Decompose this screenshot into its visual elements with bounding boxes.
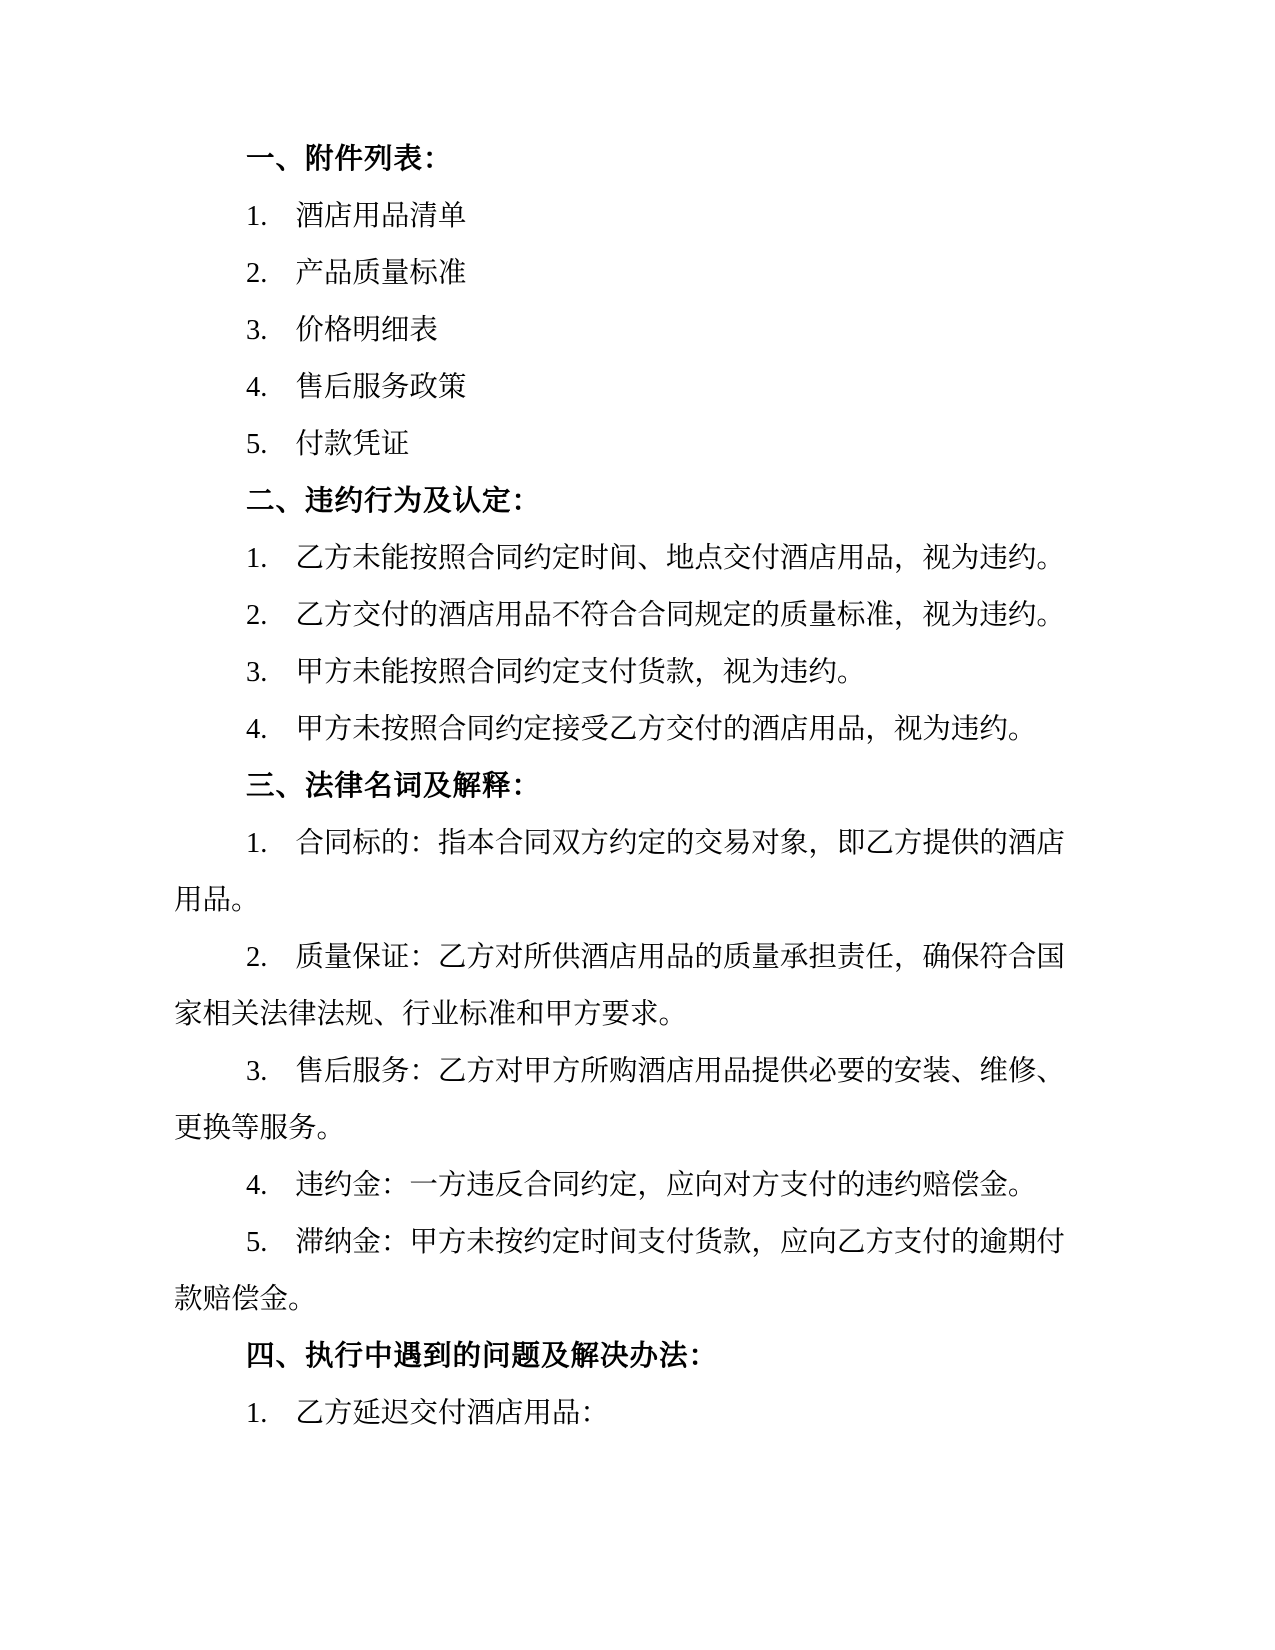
item-number: 1. xyxy=(246,543,267,574)
item-text: 合同标的：指本合同双方约定的交易对象，即乙方提供的酒店用品。 xyxy=(174,828,1065,916)
list-item: 5.付款凭证 xyxy=(174,416,1074,473)
item-text: 甲方未能按照合同约定支付货款，视为违约。 xyxy=(295,657,865,688)
list-item: 5.滞纳金：甲方未按约定时间支付货款，应向乙方支付的逾期付款赔偿金。 xyxy=(174,1214,1074,1328)
item-text: 乙方交付的酒店用品不符合合同规定的质量标准，视为违约。 xyxy=(295,600,1065,631)
item-text: 付款凭证 xyxy=(295,429,409,460)
section-heading-breach: 二、违约行为及认定： xyxy=(174,473,1074,530)
item-text: 酒店用品清单 xyxy=(295,201,466,232)
item-number: 1. xyxy=(246,201,267,232)
list-item: 2.质量保证：乙方对所供酒店用品的质量承担责任，确保符合国家相关法律法规、行业标… xyxy=(174,929,1074,1043)
section-heading-legal-terms: 三、法律名词及解释： xyxy=(174,758,1074,815)
item-text: 产品质量标准 xyxy=(295,258,466,289)
section-heading-execution-issues: 四、执行中遇到的问题及解决办法： xyxy=(174,1328,1074,1385)
item-text: 滞纳金：甲方未按约定时间支付货款，应向乙方支付的逾期付款赔偿金。 xyxy=(174,1227,1065,1315)
list-item: 3.甲方未能按照合同约定支付货款，视为违约。 xyxy=(174,644,1074,701)
document-page: 一、附件列表： 1.酒店用品清单 2.产品质量标准 3.价格明细表 4.售后服务… xyxy=(0,0,1275,1650)
list-item: 1.乙方延迟交付酒店用品： xyxy=(174,1385,1074,1442)
item-text: 乙方未能按照合同约定时间、地点交付酒店用品，视为违约。 xyxy=(295,543,1065,574)
item-number: 2. xyxy=(246,600,267,631)
item-text: 甲方未按照合同约定接受乙方交付的酒店用品，视为违约。 xyxy=(295,714,1036,745)
item-number: 3. xyxy=(246,1056,267,1087)
list-item: 4.售后服务政策 xyxy=(174,359,1074,416)
item-text: 乙方延迟交付酒店用品： xyxy=(295,1398,609,1429)
list-item: 4.违约金：一方违反合同约定，应向对方支付的违约赔偿金。 xyxy=(174,1157,1074,1214)
item-number: 1. xyxy=(246,828,267,859)
list-item: 1.乙方未能按照合同约定时间、地点交付酒店用品，视为违约。 xyxy=(174,530,1074,587)
document-content: 一、附件列表： 1.酒店用品清单 2.产品质量标准 3.价格明细表 4.售后服务… xyxy=(174,131,1074,1442)
item-text: 价格明细表 xyxy=(295,315,438,346)
item-text: 售后服务：乙方对甲方所购酒店用品提供必要的安装、维修、更换等服务。 xyxy=(174,1056,1065,1144)
item-number: 3. xyxy=(246,315,267,346)
item-number: 3. xyxy=(246,657,267,688)
item-number: 4. xyxy=(246,372,267,403)
list-item: 3.价格明细表 xyxy=(174,302,1074,359)
list-item: 1.酒店用品清单 xyxy=(174,188,1074,245)
item-number: 5. xyxy=(246,1227,267,1258)
item-text: 质量保证：乙方对所供酒店用品的质量承担责任，确保符合国家相关法律法规、行业标准和… xyxy=(174,942,1065,1030)
list-item: 3.售后服务：乙方对甲方所购酒店用品提供必要的安装、维修、更换等服务。 xyxy=(174,1043,1074,1157)
section-heading-attachments: 一、附件列表： xyxy=(174,131,1074,188)
item-number: 5. xyxy=(246,429,267,460)
item-number: 2. xyxy=(246,258,267,289)
item-text: 违约金：一方违反合同约定，应向对方支付的违约赔偿金。 xyxy=(295,1170,1036,1201)
item-number: 2. xyxy=(246,942,267,973)
list-item: 4.甲方未按照合同约定接受乙方交付的酒店用品，视为违约。 xyxy=(174,701,1074,758)
item-number: 4. xyxy=(246,1170,267,1201)
item-number: 4. xyxy=(246,714,267,745)
list-item: 1.合同标的：指本合同双方约定的交易对象，即乙方提供的酒店用品。 xyxy=(174,815,1074,929)
list-item: 2.产品质量标准 xyxy=(174,245,1074,302)
item-number: 1. xyxy=(246,1398,267,1429)
item-text: 售后服务政策 xyxy=(295,372,466,403)
list-item: 2.乙方交付的酒店用品不符合合同规定的质量标准，视为违约。 xyxy=(174,587,1074,644)
